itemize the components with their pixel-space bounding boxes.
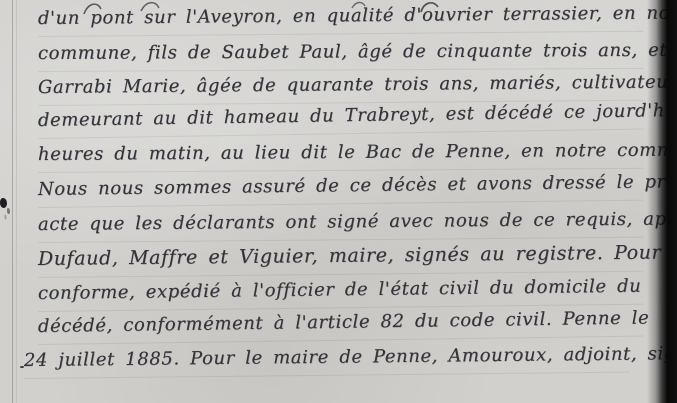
- left-margin-rule: [12, 0, 13, 403]
- document-page: d'un pont sur l'Aveyron, en qualité d'ou…: [0, 0, 677, 403]
- handwritten-line-6: Nous nous sommes assuré de ce décès et a…: [38, 174, 643, 208]
- handwritten-line-10: décédé, conformément à l'article 82 du c…: [38, 310, 643, 345]
- handwritten-line-5: heures du matin, au lieu dit le Bac de P…: [38, 142, 643, 173]
- handwritten-line-8: Dufaud, Maffre et Viguier, maire, signés…: [38, 244, 643, 278]
- handwritten-line-4: demeurant au dit hameau du Trabreyt, est…: [38, 102, 643, 138]
- handwritten-line-9: conforme, expédié à l'officier de l'état…: [38, 278, 643, 312]
- stray-ink-dot: [20, 366, 24, 368]
- book-binding-shadow: [647, 0, 677, 403]
- handwritten-line-1: d'un pont sur l'Aveyron, en qualité d'ou…: [38, 5, 643, 37]
- handwritten-line-2: commune, fils de Saubet Paul, âgé de cin…: [38, 42, 643, 72]
- handwritten-line-7: acte que les déclarants ont signé avec n…: [38, 211, 643, 243]
- handwritten-line-11: 24 juillet 1885. Pour le maire de Penne,…: [24, 346, 629, 379]
- ink-blot: [0, 198, 7, 208]
- left-margin-rule-secondary: [16, 0, 17, 403]
